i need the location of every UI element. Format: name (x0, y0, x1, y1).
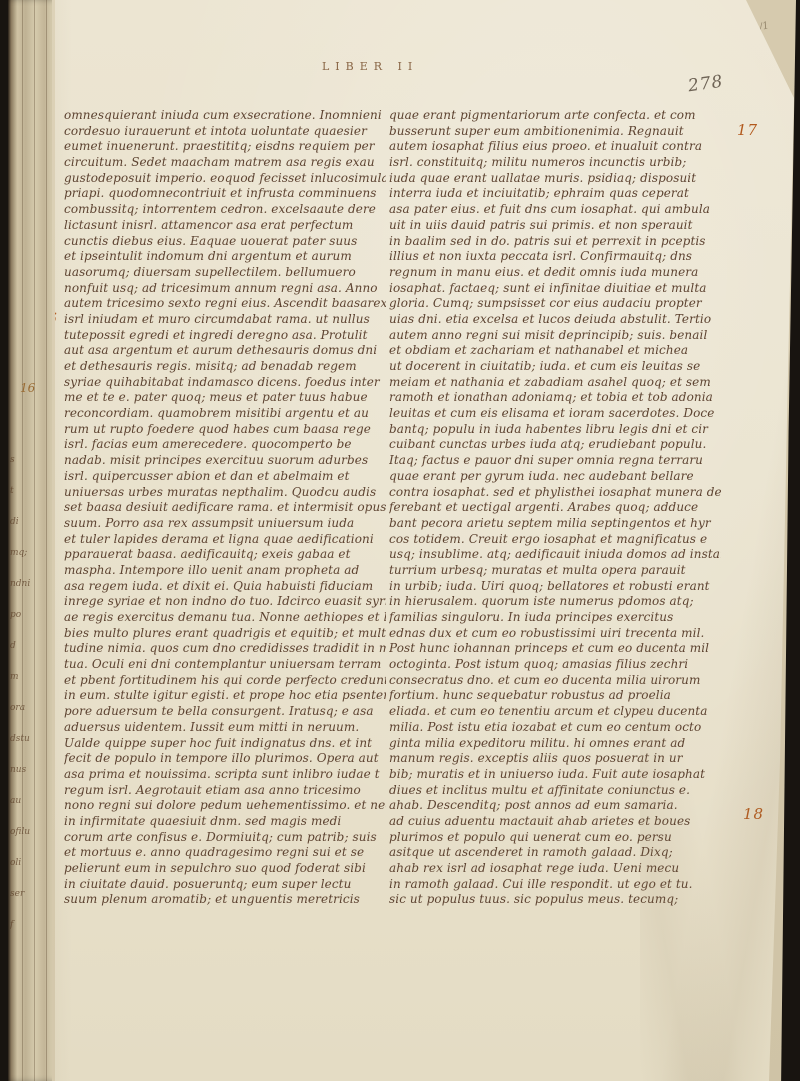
text-line: interra iuda et inciuitatib; ephraim qua… (389, 186, 721, 202)
fragment: di (10, 517, 36, 527)
text-line: lictasunt inisrl. attamencor asa erat pe… (64, 218, 386, 234)
fragment: ora (10, 703, 36, 713)
text-line: asitque ut ascenderet in ramoth galaad. … (389, 845, 721, 861)
text-line: isrl. quipercusser abion et dan et abelm… (64, 469, 386, 485)
text-line: cuibant cunctas urbes iuda atq; erudieba… (389, 437, 721, 453)
text-line: inrege syriae et non indno do tuo. Idcir… (64, 594, 386, 610)
chapter-number-18: 18 (743, 805, 764, 823)
text-line: milia. Post istu etia iozabat et cum eo … (389, 720, 721, 736)
text-line: combussitq; intorrentem cedron. excelsaa… (64, 202, 386, 218)
text-line: nono regni sui dolore pedum uehementissi… (64, 798, 386, 814)
text-line: aduersus uidentem. Iussit eum mitti in n… (64, 720, 386, 736)
text-line: turrium urbesq; muratas et multa opera p… (389, 563, 721, 579)
text-line: ferebant et uectigal argenti. Arabes quo… (389, 500, 721, 516)
text-line: circuitum. Sedet maacham matrem asa regi… (64, 155, 386, 171)
page-edge-line (46, 0, 47, 1081)
fragment: oli (10, 858, 36, 868)
text-line: eliada. et cum eo tenentiu arcum et clyp… (389, 704, 721, 720)
text-line: Post hunc iohannan princeps et cum eo du… (389, 641, 721, 657)
text-line: asa regem iuda. et dixit ei. Quia habuis… (64, 579, 386, 595)
text-line: Ualde quippe super hoc fuit indignatus d… (64, 736, 386, 752)
text-line: set baasa desiuit aedificare rama. et in… (64, 500, 386, 516)
text-line: ednas dux et cum eo robustissimi uiri tr… (389, 626, 721, 642)
text-line: ae regis exercitus demanu tua. Nonne aet… (64, 610, 386, 626)
text-line: ad cuius aduentu mactauit ahab arietes e… (389, 814, 721, 830)
text-line: maspha. Intempore illo uenit anam prophe… (64, 563, 386, 579)
text-line: uasorumq; diuersam supellectilem. bellum… (64, 265, 386, 281)
text-line: asa pater eius. et fuit dns cum iosaphat… (389, 202, 721, 218)
text-line: plurimos et populo qui uenerat cum eo. p… (389, 830, 721, 846)
fragment: f (10, 920, 36, 930)
text-line: bib; muratis et in uniuerso iuda. Fuit a… (389, 767, 721, 783)
fragment: dstu (10, 734, 36, 744)
text-line: manum regis. exceptis aliis quos posuera… (389, 751, 721, 767)
text-line: ut docerent in ciuitatib; iuda. et cum e… (389, 359, 721, 375)
text-line: regnum in manu eius. et dedit omnis iuda… (389, 265, 721, 281)
fragment: m (10, 672, 36, 682)
text-line: bies multo plures erant quadrigis et equ… (64, 626, 386, 642)
text-line: regum isrl. Aegrotauit etiam asa anno tr… (64, 783, 386, 799)
text-line: contra iosaphat. sed et phylisthei iosap… (389, 485, 721, 501)
text-line: in hierusalem. quorum iste numerus pdomo… (389, 594, 721, 610)
text-line: usq; insublime. atq; aedificauit iniuda … (389, 547, 721, 563)
text-line: cos totidem. Creuit ergo iosaphat et mag… (389, 532, 721, 548)
text-line: autem iosaphat filius eius proeo. et inu… (389, 139, 721, 155)
text-line: sic ut populus tuus. sic populus meus. t… (389, 892, 721, 908)
manuscript-photo: stdimq;ndnipodmoradstunusauofiluoliserf … (0, 0, 800, 1081)
fragment: nus (10, 765, 36, 775)
text-line: bantq; populu in iuda habentes libru leg… (389, 422, 721, 438)
text-line: ahab rex isrl ad iosaphat rege iuda. Uen… (389, 861, 721, 877)
text-line: pelierunt eum in sepulchro suo quod fode… (64, 861, 386, 877)
text-line: in baalim sed in do. patris sui et perre… (389, 234, 721, 250)
fragment: ndni (10, 579, 36, 589)
text-line: fortium. hunc sequebatur robustus ad pro… (389, 688, 721, 704)
text-line: diues et inclitus multu et affinitate co… (389, 783, 721, 799)
text-line: tutepossit egredi et ingredi deregno asa… (64, 328, 386, 344)
text-line: uniuersas urbes muratas nepthalim. Quodc… (64, 485, 386, 501)
fragment: s (10, 455, 36, 465)
text-line: suum. Porro asa rex assumpsit uniuersum … (64, 516, 386, 532)
text-line: familias singuloru. In iuda principes ex… (389, 610, 721, 626)
page-edge-line (34, 0, 35, 1081)
text-line: et tuler lapides derama et ligna quae ae… (64, 532, 386, 548)
text-line: gloria. Cumq; sumpsisset cor eius audaci… (389, 296, 721, 312)
text-line: isrl iniudam et muro circumdabat rama. u… (64, 312, 386, 328)
text-line: iuda quae erant uallatae muris. psidiaq;… (389, 171, 721, 187)
text-line: suum plenum aromatib; et unguentis meret… (64, 892, 386, 908)
fragment: t (10, 486, 36, 496)
text-line: tudine nimia. quos cum dno credidisses t… (64, 641, 386, 657)
text-line: cordesuo iurauerunt et intota uoluntate … (64, 124, 386, 140)
fragment: d (10, 641, 36, 651)
text-line: eumet inuenerunt. praestititq; eisdns re… (64, 139, 386, 155)
text-line: me et te e. pater quoq; meus et pater tu… (64, 390, 386, 406)
text-line: ahab. Descenditq; post annos ad eum sama… (389, 798, 721, 814)
text-line: tua. Oculi eni dni contemplantur uniuers… (64, 657, 386, 673)
text-line: in ramoth galaad. Cui ille respondit. ut… (389, 877, 721, 893)
text-line: reconcordiam. quamobrem misitibi argentu… (64, 406, 386, 422)
text-line: isrl. facias eum amerecedere. quocompert… (64, 437, 386, 453)
text-line: uias dni. etia excelsa et lucos deiuda a… (389, 312, 721, 328)
text-line: quae erant pigmentariorum arte confecta.… (389, 108, 721, 124)
text-line: priapi. quodomnecontriuit et infrusta co… (64, 186, 386, 202)
text-line: nadab. misit principes exercituu suorum … (64, 453, 386, 469)
text-line: leuitas et cum eis elisama et ioram sace… (389, 406, 721, 422)
fragment: ofilu (10, 827, 36, 837)
text-line: iosaphat. factaeq; sunt ei infinitae diu… (389, 281, 721, 297)
text-line: corum arte confisus e. Dormiuitq; cum pa… (64, 830, 386, 846)
text-line: quae erant per gyrum iuda. nec audebant … (389, 469, 721, 485)
left-text-column: omnesquierant iniuda cum exsecratione. I… (64, 108, 386, 908)
text-line: et mortuus e. anno quadragesimo regni su… (64, 845, 386, 861)
text-line: asa prima et nouissima. scripta sunt inl… (64, 767, 386, 783)
text-line: pparauerat baasa. aedificauitq; exeis ga… (64, 547, 386, 563)
text-line: autem tricesimo sexto regni eius. Ascend… (64, 296, 386, 312)
text-line: ramoth et ionathan adoniamq; et tobia et… (389, 390, 721, 406)
text-line: pore aduersum te bella consurgent. Iratu… (64, 704, 386, 720)
text-line: in infirmitate quaesiuit dnm. sed magis … (64, 814, 386, 830)
text-line: et pbent fortitudinem his qui corde perf… (64, 673, 386, 689)
text-line: in ciuitate dauid. posueruntq; eum super… (64, 877, 386, 893)
fragment: au (10, 796, 36, 806)
chapter-number-17: 17 (737, 121, 758, 139)
text-line: autem anno regni sui misit deprincipib; … (389, 328, 721, 344)
fragment: ser (10, 889, 36, 899)
running-title: LIBER II (322, 60, 418, 73)
fragment: po (10, 610, 36, 620)
text-line: illius et non iuxta peccata isrl. Confir… (389, 249, 721, 265)
text-line: aut asa argentum et aurum dethesauris do… (64, 343, 386, 359)
text-line: fecit de populo in tempore illo plurimos… (64, 751, 386, 767)
text-line: octoginta. Post istum quoq; amasias fili… (389, 657, 721, 673)
text-line: et dethesauris regis. misitq; ad benadab… (64, 359, 386, 375)
text-line: ginta milia expeditoru militu. hi omnes … (389, 736, 721, 752)
text-line: et ipseintulit indomum dni argentum et a… (64, 249, 386, 265)
text-line: consecratus dno. et cum eo ducenta milia… (389, 673, 721, 689)
text-line: meiam et nathania et zabadiam asahel quo… (389, 375, 721, 391)
text-line: Itaq; factus e pauor dni super omnia reg… (389, 453, 721, 469)
text-line: bant pecora arietu septem milia septinge… (389, 516, 721, 532)
text-line: busserunt super eum ambitionenimia. Regn… (389, 124, 721, 140)
right-text-column: quae erant pigmentariorum arte confecta.… (389, 108, 721, 908)
manuscript-page: LIBER II 278 16 17 18 H omnesquierant in… (0, 0, 800, 1081)
text-line: omnesquierant iniuda cum exsecratione. I… (64, 108, 386, 124)
text-line: rum ut rupto foedere quod habes cum baas… (64, 422, 386, 438)
text-line: syriae quihabitabat indamasco dicens. fo… (64, 375, 386, 391)
text-line: in eum. stulte igitur egisti. et prope h… (64, 688, 386, 704)
text-line: et obdiam et zachariam et nathanabel et … (389, 343, 721, 359)
text-line: nonfuit usq; ad tricesimum annum regni a… (64, 281, 386, 297)
text-line: in urbib; iuda. Uiri quoq; bellatores et… (389, 579, 721, 595)
page-edge-line (22, 0, 23, 1081)
text-line: cunctis diebus eius. Eaquae uouerat pate… (64, 234, 386, 250)
text-line: uit in uiis dauid patris sui primis. et … (389, 218, 721, 234)
fragment: mq; (10, 548, 36, 558)
text-line: gustodeposuit imperio. eoquod fecisset i… (64, 171, 386, 187)
previous-folio-chapter-number: 16 (20, 381, 35, 395)
folio-number: 278 (687, 72, 725, 97)
text-line: isrl. constituitq; militu numeros incunc… (389, 155, 721, 171)
